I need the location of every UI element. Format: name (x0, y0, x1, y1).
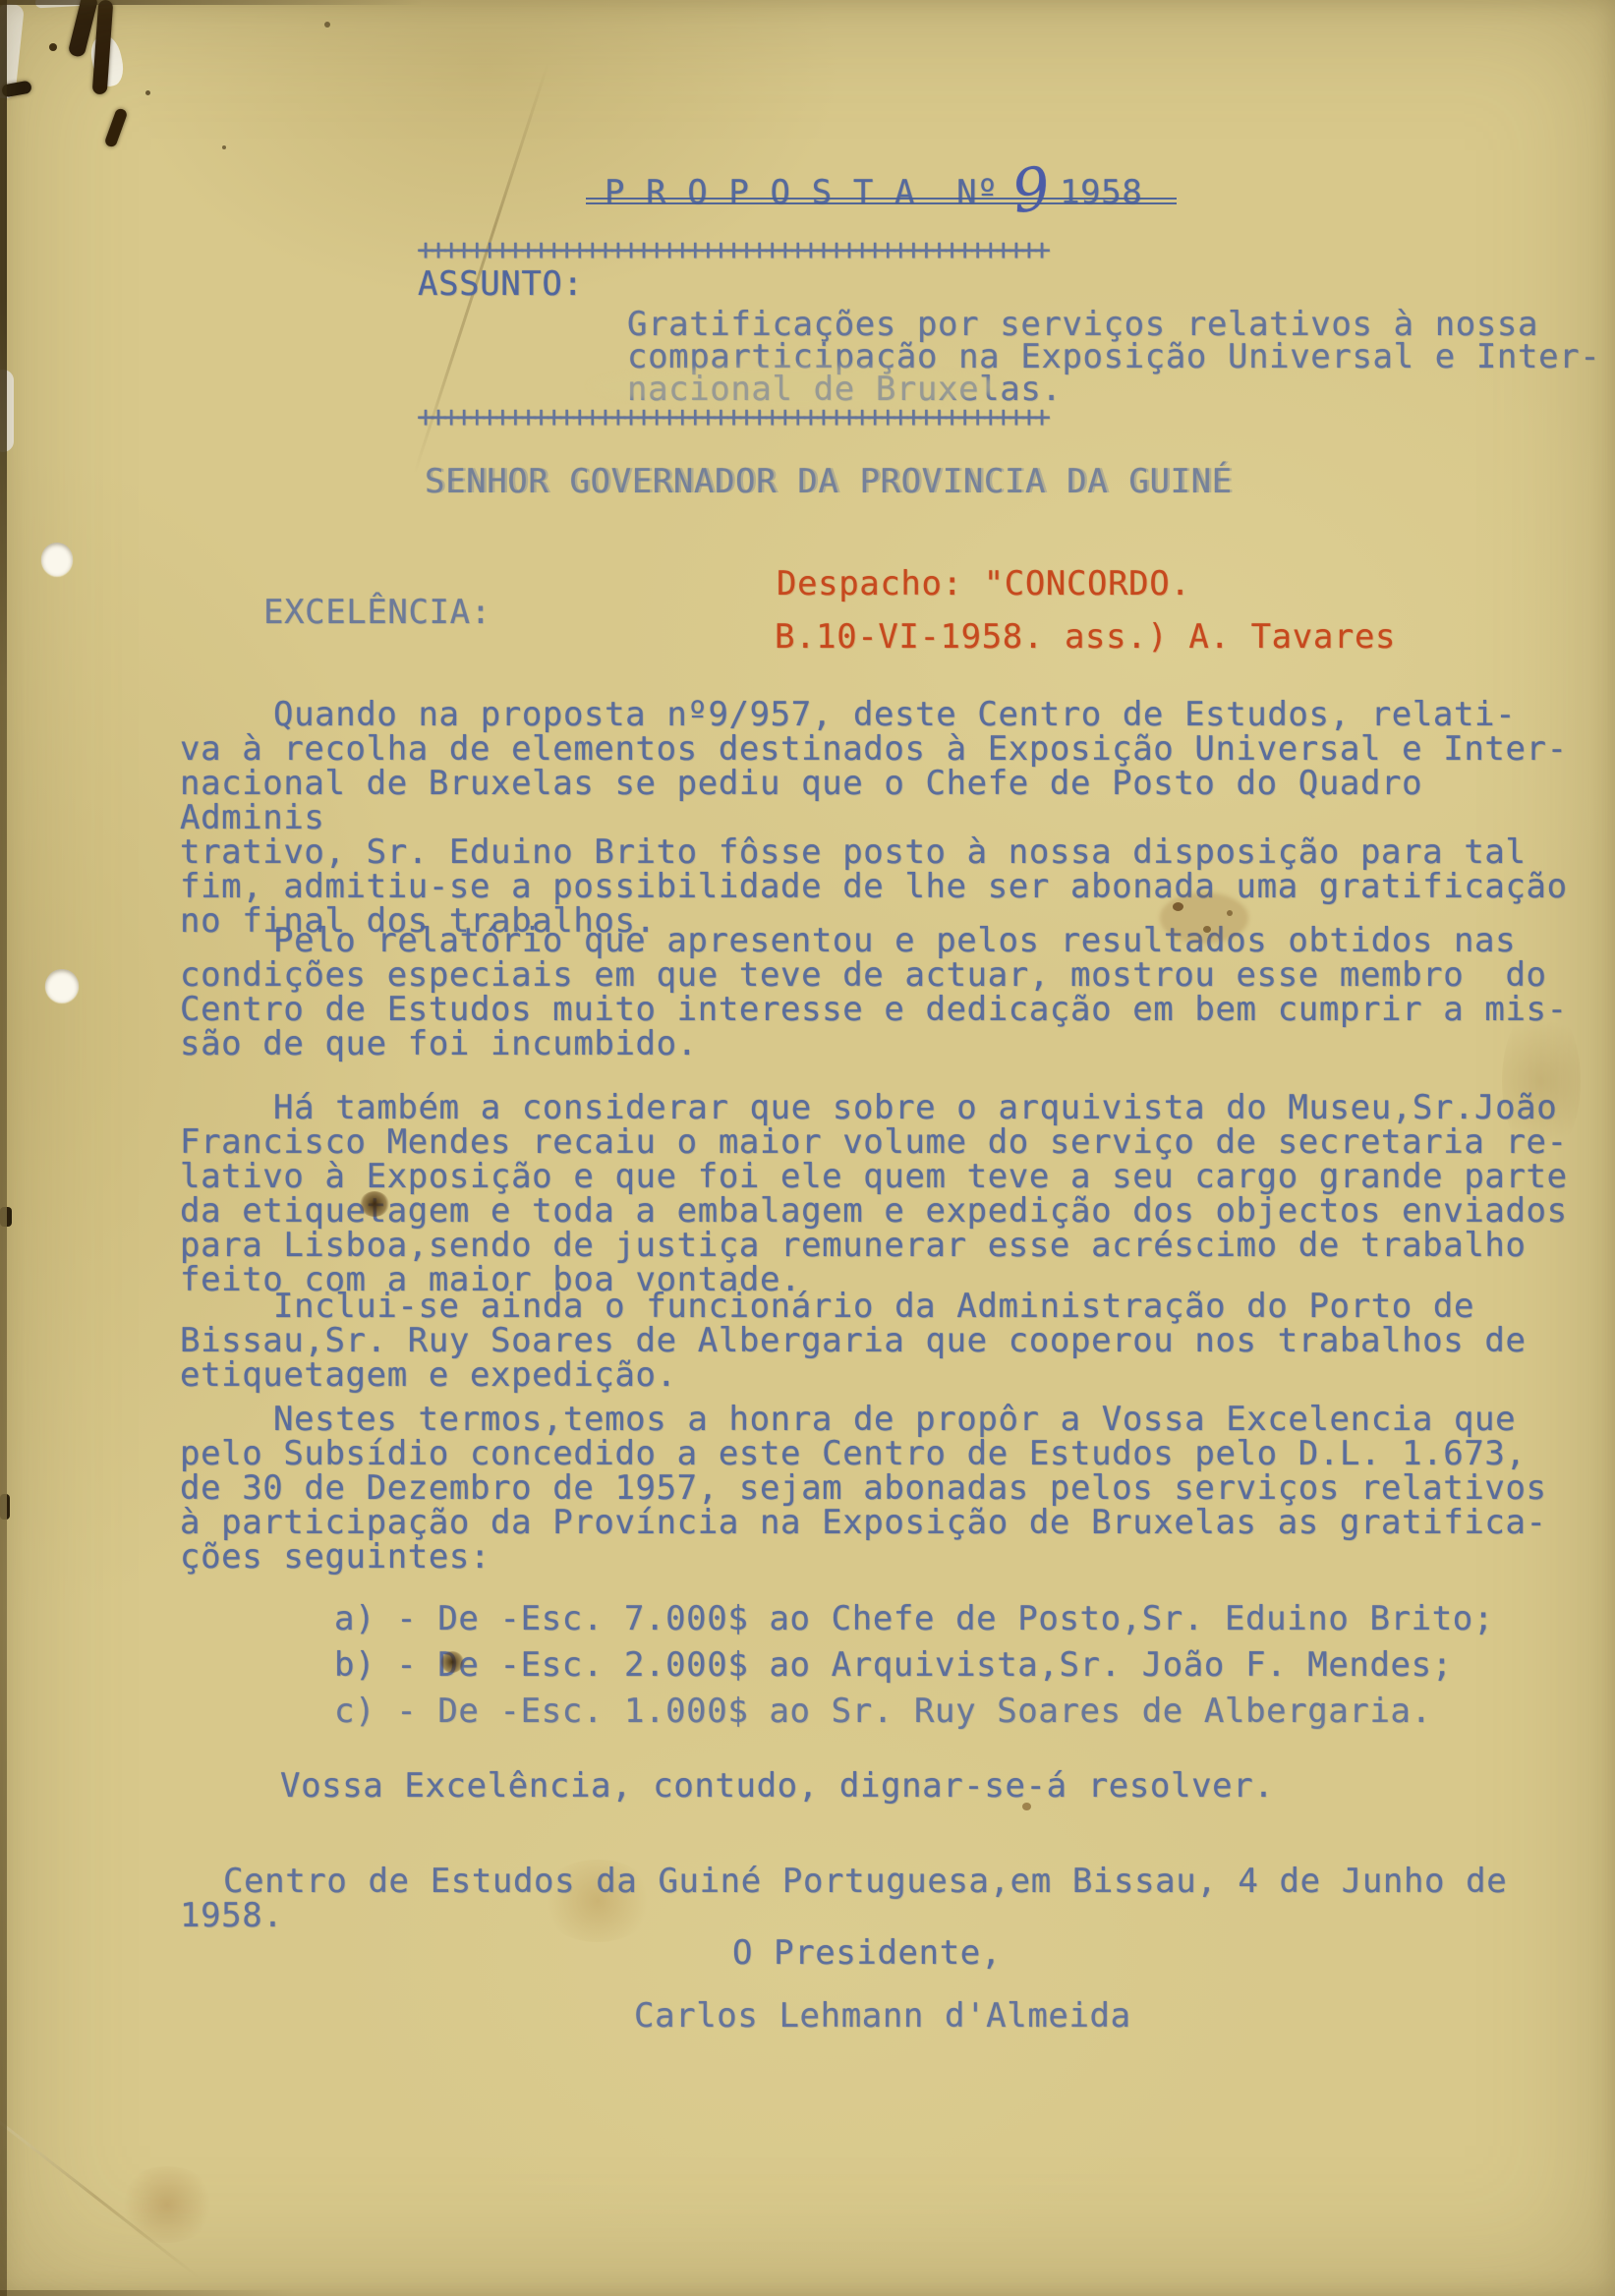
dirt-speck (222, 145, 226, 149)
scan-edge-bottom (0, 2290, 295, 2296)
burn-tape-mark (92, 0, 114, 94)
body-paragraph: Quando na proposta nº9/957, deste Centro… (180, 698, 1576, 939)
paper-tear (0, 370, 14, 452)
punch-hole (45, 969, 79, 1003)
burn-tape-mark (1, 80, 32, 97)
dirt-speck (49, 43, 57, 51)
scan-edge-left (0, 0, 7, 2296)
burn-tape-mark (104, 107, 129, 148)
title-prefix: P R O P O S T A Nº (605, 173, 998, 212)
scan-edge-top (0, 0, 423, 5)
place-date-line: Centro de Estudos da Guiné Portuguesa,em… (180, 1865, 1576, 1933)
closing-sentence: Vossa Excelência, contudo, dignar-se-á r… (280, 1769, 1274, 1804)
signature-name: Carlos Lehmann d'Almeida (634, 1999, 1131, 2034)
subject-text: Gratificações por serviços relativos à n… (627, 309, 1600, 406)
plus-divider-top: ++++++++++++++++++++++++++++++++++++++++… (417, 236, 1046, 265)
dispatch-note-line2: B.10-VI-1958. ass.) A. Tavares (775, 620, 1396, 655)
paper-tear (0, 3, 25, 99)
dirt-speck (145, 90, 150, 95)
subject-label: ASSUNTO: (418, 267, 584, 302)
salutation-excelencia: EXCELÊNCIA: (263, 596, 491, 630)
body-paragraph: Pelo relatório que apresentou e pelos re… (180, 924, 1576, 1062)
paper-stain (118, 2166, 216, 2243)
plus-divider-bottom: ++++++++++++++++++++++++++++++++++++++++… (417, 403, 1046, 432)
signature-role: O Presidente, (732, 1936, 1002, 1971)
title-underline (586, 198, 1177, 204)
gratification-item-a: a) - De -Esc. 7.000$ ao Chefe de Posto,S… (334, 1602, 1494, 1636)
body-paragraph: Há também a considerar que sobre o arqui… (180, 1091, 1576, 1297)
gratification-item-b: b) - De -Esc. 2.000$ ao Arquivista,Sr. J… (334, 1648, 1453, 1683)
dispatch-note-line1: Despacho: "CONCORDO. (777, 567, 1190, 602)
edge-mark (0, 1494, 10, 1520)
paper-fold-crease (0, 2113, 201, 2279)
burn-tape-mark (68, 0, 99, 58)
paper-tear (35, 0, 87, 8)
dirt-speck (324, 22, 330, 28)
scanned-document-page: P R O P O S T A Nº91958 ++++++++++++++++… (0, 0, 1615, 2296)
body-paragraph: Nestes termos,temos a honra de propôr a … (180, 1403, 1576, 1575)
title-year: 1958 (1060, 173, 1142, 212)
paper-tear (87, 32, 127, 88)
body-paragraph: Inclui-se ainda o funcionário da Adminis… (180, 1290, 1576, 1393)
gratification-item-c: c) - De -Esc. 1.000$ ao Sr. Ruy Soares d… (334, 1694, 1432, 1729)
edge-mark (0, 1207, 12, 1227)
punch-hole (41, 543, 73, 576)
addressee-line: SENHOR GOVERNADOR DA PROVINCIA DA GUINÉ (425, 465, 1233, 499)
